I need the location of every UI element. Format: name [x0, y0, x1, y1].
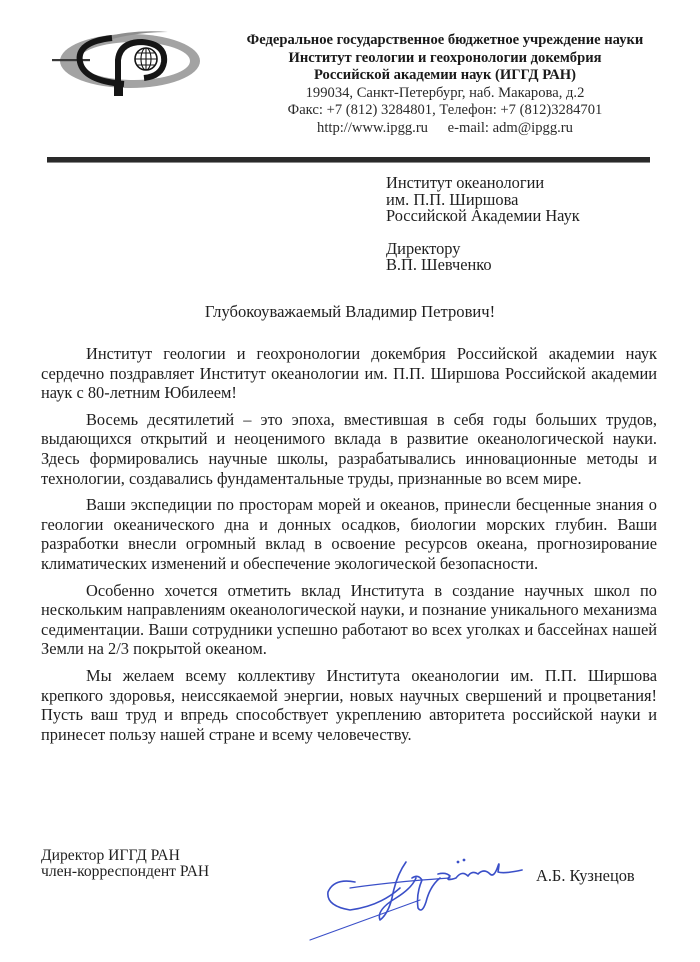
- org-name-line-1: Федеральное государственное бюджетное уч…: [210, 32, 680, 50]
- organization-header: Федеральное государственное бюджетное уч…: [210, 32, 680, 137]
- org-phones: Факс: +7 (812) 3284801, Телефон: +7 (812…: [210, 102, 680, 120]
- handwritten-signature-icon: [300, 848, 530, 948]
- letter-page: Федеральное государственное бюджетное уч…: [0, 0, 700, 962]
- letterhead-divider: [47, 157, 650, 163]
- signer-title-line-2: член-корреспондент РАН: [41, 864, 209, 880]
- body-paragraph: Особенно хочется отметить вклад Институт…: [41, 581, 657, 659]
- addressee-name: В.П. Шевченко: [386, 257, 580, 274]
- salutation: Глубокоуважаемый Владимир Петрович!: [0, 302, 700, 322]
- org-name-line-2: Институт геологии и геохронологии докемб…: [210, 50, 680, 68]
- org-website-link[interactable]: http://www.ipgg.ru: [317, 120, 428, 136]
- signer-name: А.Б. Кузнецов: [536, 866, 635, 886]
- signer-title-line-1: Директор ИГГД РАН: [41, 848, 209, 864]
- org-address: 199034, Санкт-Петербург, наб. Макарова, …: [210, 85, 680, 103]
- org-email-link[interactable]: e-mail: adm@ipgg.ru: [448, 120, 573, 136]
- body-paragraph: Восемь десятилетий – это эпоха, вместивш…: [41, 410, 657, 488]
- body-paragraph: Институт геологии и геохронологии докемб…: [41, 344, 657, 403]
- org-name-line-3: Российской академии наук (ИГГД РАН): [210, 67, 680, 85]
- institute-logo-icon: [50, 26, 202, 98]
- body-paragraph: Ваши экспедиции по просторам морей и оке…: [41, 495, 657, 573]
- letter-body: Институт геологии и геохронологии докемб…: [41, 344, 657, 751]
- addressee-institution-line-3: Российской Академии Наук: [386, 208, 580, 225]
- org-web-contacts: http://www.ipgg.ru e-mail: adm@ipgg.ru: [210, 120, 680, 138]
- body-paragraph: Мы желаем всему коллективу Института оке…: [41, 666, 657, 744]
- signer-title-block: Директор ИГГД РАН член-корреспондент РАН: [41, 848, 209, 879]
- addressee-block: Институт океанологии им. П.П. Ширшова Ро…: [386, 175, 580, 274]
